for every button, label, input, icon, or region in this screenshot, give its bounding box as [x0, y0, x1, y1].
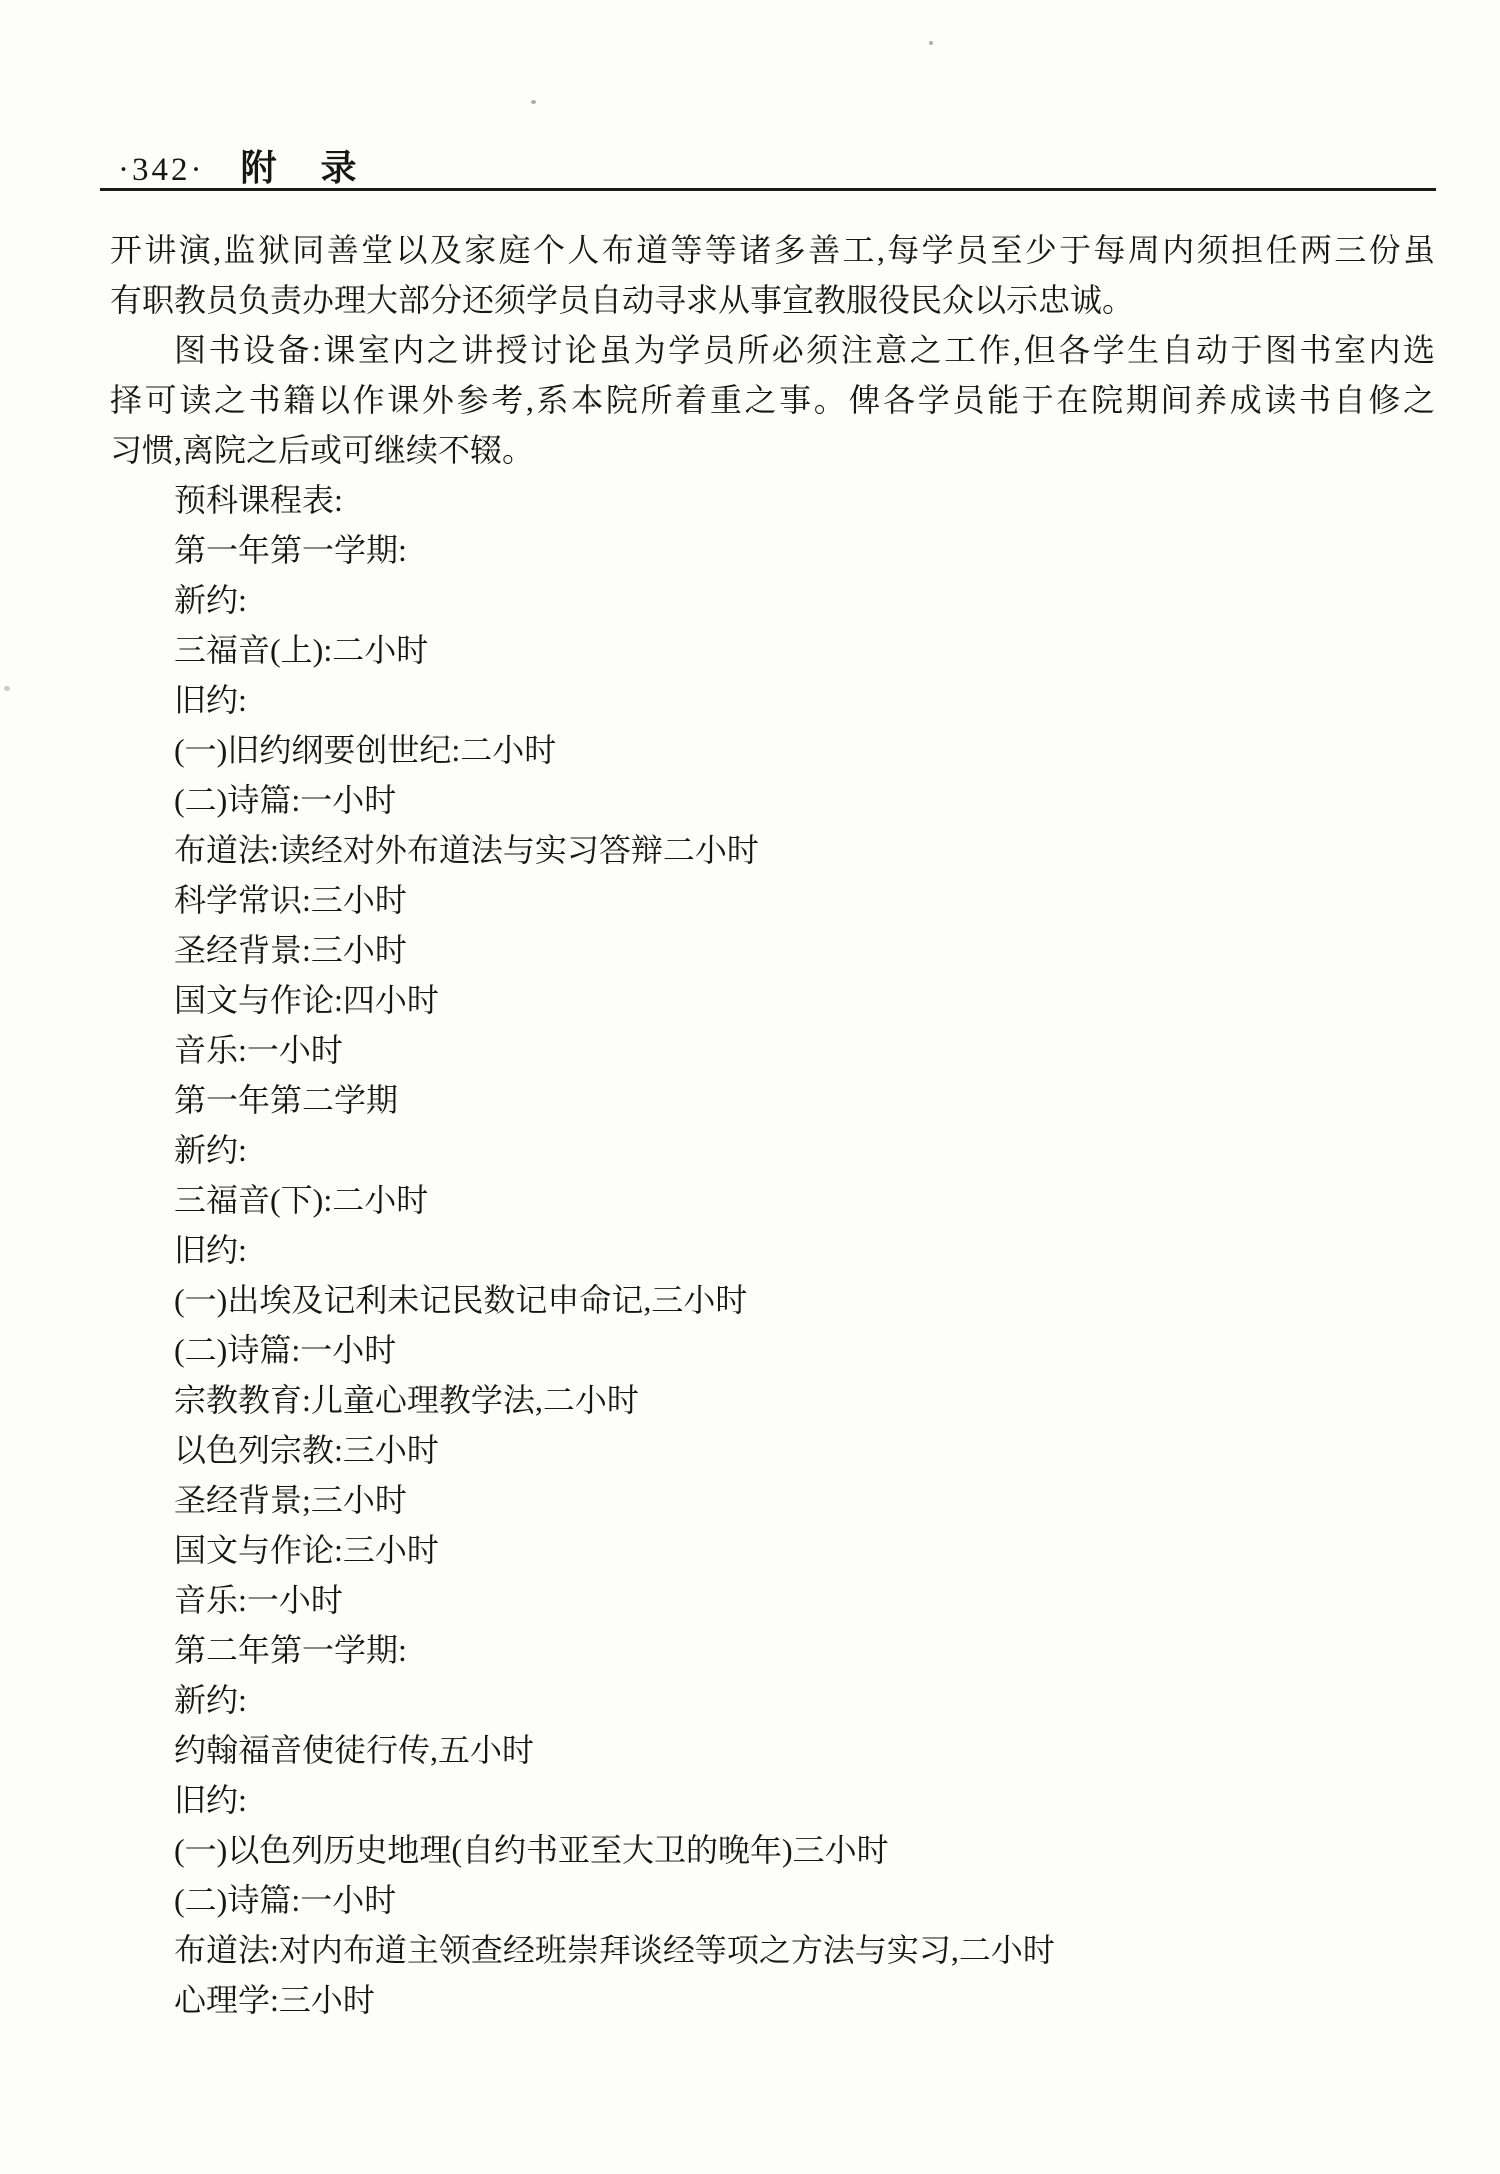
text-lines: 开讲演,监狱同善堂以及家庭个人布道等等诸多善工,每学员至少于每周内须担任两三份虽… — [110, 225, 1435, 2025]
text-line: 开讲演,监狱同善堂以及家庭个人布道等等诸多善工,每学员至少于每周内须担任两三份虽 — [110, 225, 1435, 275]
text-line: 择可读之书籍以作课外参考,系本院所着重之事。俾各学员能于在院期间养成读书自修之 — [110, 375, 1435, 425]
text-line: 旧约: — [110, 1225, 1435, 1275]
scanned-book-page: ·342· 附 录 开讲演,监狱同善堂以及家庭个人布道等等诸多善工,每学员至少于… — [0, 0, 1500, 2174]
text-line: 布道法:读经对外布道法与实习答辩二小时 — [110, 825, 1435, 875]
text-line: 三福音(上):二小时 — [110, 625, 1435, 675]
text-line: 心理学:三小时 — [110, 1975, 1435, 2025]
text-line: (二)诗篇:一小时 — [110, 1325, 1435, 1375]
section-title: 附 录 — [240, 140, 360, 191]
page-number: ·342· — [118, 152, 204, 189]
text-line: 新约: — [110, 575, 1435, 625]
text-line: 圣经背景:三小时 — [110, 925, 1435, 975]
text-line: 国文与作论:三小时 — [110, 1525, 1435, 1575]
running-header: ·342· 附 录 — [118, 140, 361, 182]
text-line: (一)出埃及记利未记民数记申命记,三小时 — [110, 1275, 1435, 1325]
text-line: (二)诗篇:一小时 — [110, 775, 1435, 825]
text-line: (一)旧约纲要创世纪:二小时 — [110, 725, 1435, 775]
text-line: 国文与作论:四小时 — [110, 975, 1435, 1025]
text-line: (二)诗篇:一小时 — [110, 1875, 1435, 1925]
text-line: 预科课程表: — [110, 475, 1435, 525]
text-line: 习惯,离院之后或可继续不辍。 — [110, 425, 1435, 475]
header-rule — [100, 188, 1436, 191]
text-line: 以色列宗教:三小时 — [110, 1425, 1435, 1475]
text-line: 三福音(下):二小时 — [110, 1175, 1435, 1225]
text-line: 图书设备:课室内之讲授讨论虽为学员所必须注意之工作,但各学生自动于图书室内选 — [110, 325, 1435, 375]
text-line: 约翰福音使徒行传,五小时 — [110, 1725, 1435, 1775]
scan-speck — [4, 686, 10, 691]
text-line: 第一年第二学期 — [110, 1075, 1435, 1125]
text-line: 旧约: — [110, 675, 1435, 725]
text-line: 新约: — [110, 1125, 1435, 1175]
text-line: 第一年第一学期: — [110, 525, 1435, 575]
text-line: 科学常识:三小时 — [110, 875, 1435, 925]
text-line: 第二年第一学期: — [110, 1625, 1435, 1675]
text-line: 音乐:一小时 — [110, 1025, 1435, 1075]
text-line: (一)以色列历史地理(自约书亚至大卫的晚年)三小时 — [110, 1825, 1435, 1875]
text-line: 有职教员负责办理大部分还须学员自动寻求从事宣教服役民众以示忠诚。 — [110, 275, 1435, 325]
text-line: 宗教教育:儿童心理教学法,二小时 — [110, 1375, 1435, 1425]
text-line: 音乐:一小时 — [110, 1575, 1435, 1625]
text-line: 布道法:对内布道主领查经班崇拜谈经等项之方法与实习,二小时 — [110, 1925, 1435, 1975]
scan-speck — [531, 100, 536, 104]
text-line: 旧约: — [110, 1775, 1435, 1825]
text-line: 圣经背景;三小时 — [110, 1475, 1435, 1525]
scan-speck — [929, 41, 933, 45]
text-line: 新约: — [110, 1675, 1435, 1725]
